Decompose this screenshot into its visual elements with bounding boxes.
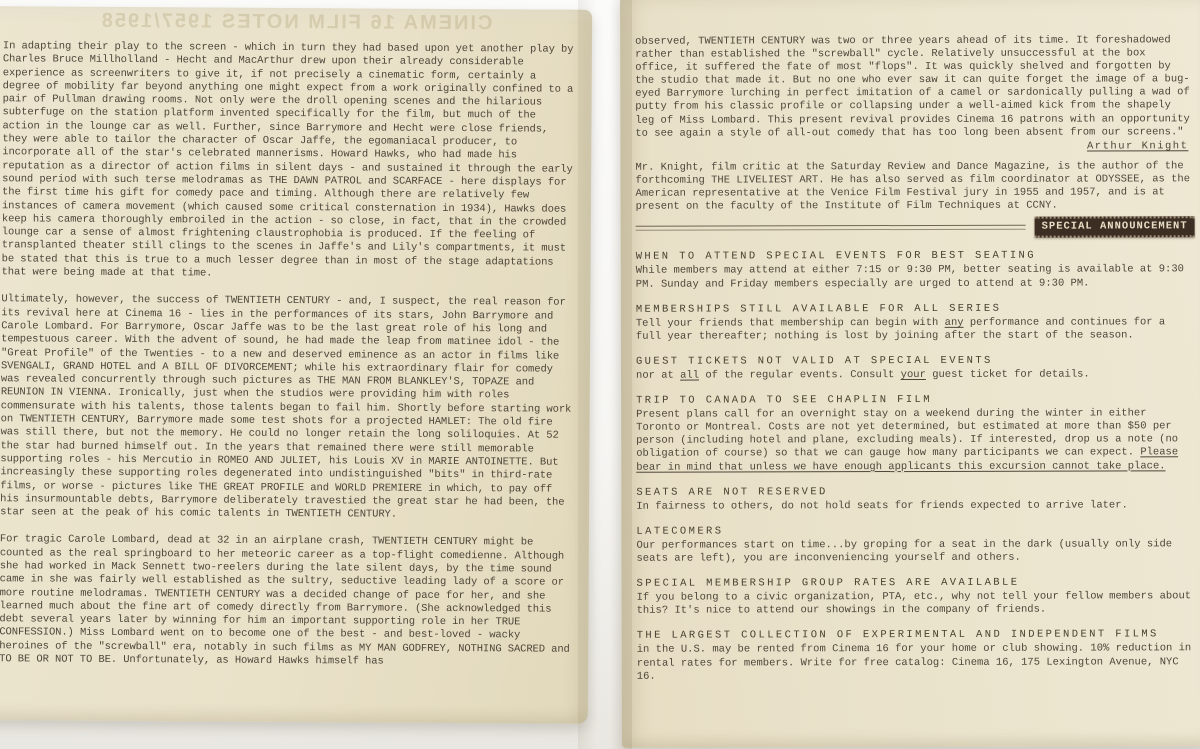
section-body: Tell your friends that membership can be… <box>636 316 1195 344</box>
announcement-section: WHEN TO ATTEND SPECIAL EVENTS FOR BEST S… <box>636 250 1195 292</box>
left-page: CINEMA 16 FILM NOTES 1957/1958 In adapti… <box>0 6 592 724</box>
essay-paragraph: For tragic Carole Lombard, dead at 32 in… <box>0 534 574 670</box>
scanned-program-spread: CINEMA 16 FILM NOTES 1957/1958 In adapti… <box>0 0 1200 749</box>
left-page-text: In adapting their play to the screen - w… <box>0 40 577 684</box>
announcement-section: THE LARGEST COLLECTION OF EXPERIMENTAL A… <box>637 629 1196 684</box>
section-body: in the U.S. may be rented from Cinema 16… <box>637 643 1196 684</box>
section-body: Present plans call for an overnight stay… <box>636 407 1195 474</box>
author-bio: Mr. Knight, film critic at the Saturday … <box>635 160 1194 214</box>
section-heading: SEATS ARE NOT RESERVED <box>636 485 1195 500</box>
section-body: Our performances start on time...by grop… <box>636 538 1195 566</box>
divider-line <box>636 225 1026 231</box>
right-page-text: observed, TWENTIETH CENTURY was two or t… <box>635 34 1196 683</box>
section-body: While members may attend at either 7:15 … <box>636 264 1195 292</box>
announcement-section: MEMBERSHIPS STILL AVAILABLE FOR ALL SERI… <box>636 302 1195 344</box>
section-body: If you belong to a civic organization, P… <box>637 590 1196 618</box>
special-announcement-badge: SPECIAL ANNOUNCEMENT <box>1035 216 1195 238</box>
essay-paragraph: Ultimately, however, the success of TWEN… <box>0 294 575 524</box>
section-heading: SPECIAL MEMBERSHIP GROUP RATES ARE AVAIL… <box>637 576 1196 591</box>
announcement-divider-row: SPECIAL ANNOUNCEMENT <box>636 216 1195 239</box>
announcement-section: GUEST TICKETS NOT VALID AT SPECIAL EVENT… <box>636 354 1195 383</box>
section-heading: TRIP TO CANADA TO SEE CHAPLIN FILM <box>636 393 1195 408</box>
signature-row: Arthur Knight <box>635 140 1188 155</box>
announcement-section: SEATS ARE NOT RESERVED In fairness to ot… <box>636 485 1195 514</box>
right-page: observed, TWENTIETH CENTURY was two or t… <box>620 0 1200 748</box>
section-heading: MEMBERSHIPS STILL AVAILABLE FOR ALL SERI… <box>636 302 1195 317</box>
essay-paragraph: In adapting their play to the screen - w… <box>2 40 577 283</box>
section-body: In fairness to others, do not hold seats… <box>636 499 1195 514</box>
announcement-section: TRIP TO CANADA TO SEE CHAPLIN FILM Prese… <box>636 393 1195 474</box>
essay-paragraph-continued: observed, TWENTIETH CENTURY was two or t… <box>635 34 1194 140</box>
announcement-sections: WHEN TO ATTEND SPECIAL EVENTS FOR BEST S… <box>636 250 1196 684</box>
section-heading: WHEN TO ATTEND SPECIAL EVENTS FOR BEST S… <box>636 250 1195 265</box>
section-heading: THE LARGEST COLLECTION OF EXPERIMENTAL A… <box>637 629 1196 644</box>
section-heading: LATECOMERS <box>636 524 1195 539</box>
bleed-through-cover-title: CINEMA 16 FILM NOTES 1957/1958 <box>41 9 551 35</box>
announcement-section: LATECOMERS Our performances start on tim… <box>636 524 1195 566</box>
section-body: nor at all of the regular events. Consul… <box>636 368 1195 383</box>
author-signature: Arthur Knight <box>1087 140 1188 152</box>
section-heading: GUEST TICKETS NOT VALID AT SPECIAL EVENT… <box>636 354 1195 369</box>
announcement-section: SPECIAL MEMBERSHIP GROUP RATES ARE AVAIL… <box>637 576 1196 618</box>
